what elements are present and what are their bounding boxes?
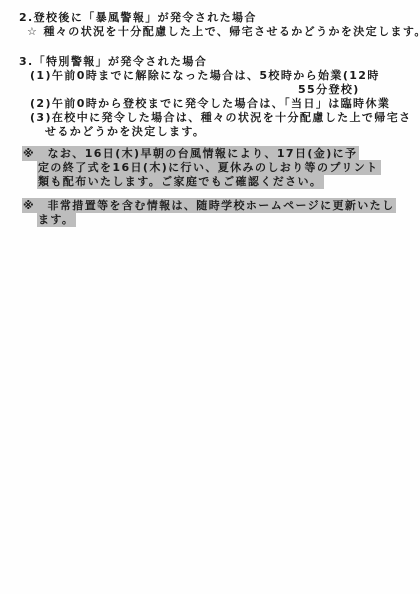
highlight-note-1-line-1: ※ なお、16日(木)早朝の台風情報により、17日(金)に予 bbox=[22, 147, 420, 161]
highlight-note-1-line-2: 定の終了式を16日(木)に行い、夏休みのしおり等のプリント bbox=[37, 161, 420, 175]
highlight-note-1-line-3: 類も配布いたします。ご家庭でもご確認ください。 bbox=[37, 175, 420, 189]
section-3-heading: 3.「特別警報」が発令された場合 bbox=[19, 55, 420, 69]
section-3-item-3-line-2: せるかどうかを決定します。 bbox=[45, 125, 420, 139]
notice-body: 2.登校後に「暴風警報」が発令された場合 ☆ 種々の状況を十分配慮した上で、帰宅… bbox=[0, 11, 420, 227]
highlight-note-2-line-1: ※ 非常措置等を含む情報は、随時学校ホームページに更新いたし bbox=[22, 199, 420, 213]
section-3-item-1-line-1: (1)午前0時までに解除になった場合は、5校時から始業(12時 bbox=[30, 69, 420, 83]
section-3-item-2: (2)午前0時から登校までに発令した場合は、「当日」は臨時休業 bbox=[30, 97, 420, 111]
section-2-star-note: ☆ 種々の状況を十分配慮した上で、帰宅させるかどうかを決定します。 bbox=[27, 25, 420, 39]
highlight-note-2-line-2: ます。 bbox=[37, 213, 420, 227]
section-3-item-1-line-2: 55分登校) bbox=[298, 83, 420, 97]
section-3-item-3-line-1: (3)在校中に発令した場合は、種々の状況を十分配慮した上で帰宅さ bbox=[30, 111, 420, 125]
section-2-heading: 2.登校後に「暴風警報」が発令された場合 bbox=[19, 11, 420, 25]
document-page: 2.登校後に「暴風警報」が発令された場合 ☆ 種々の状況を十分配慮した上で、帰宅… bbox=[0, 0, 420, 594]
